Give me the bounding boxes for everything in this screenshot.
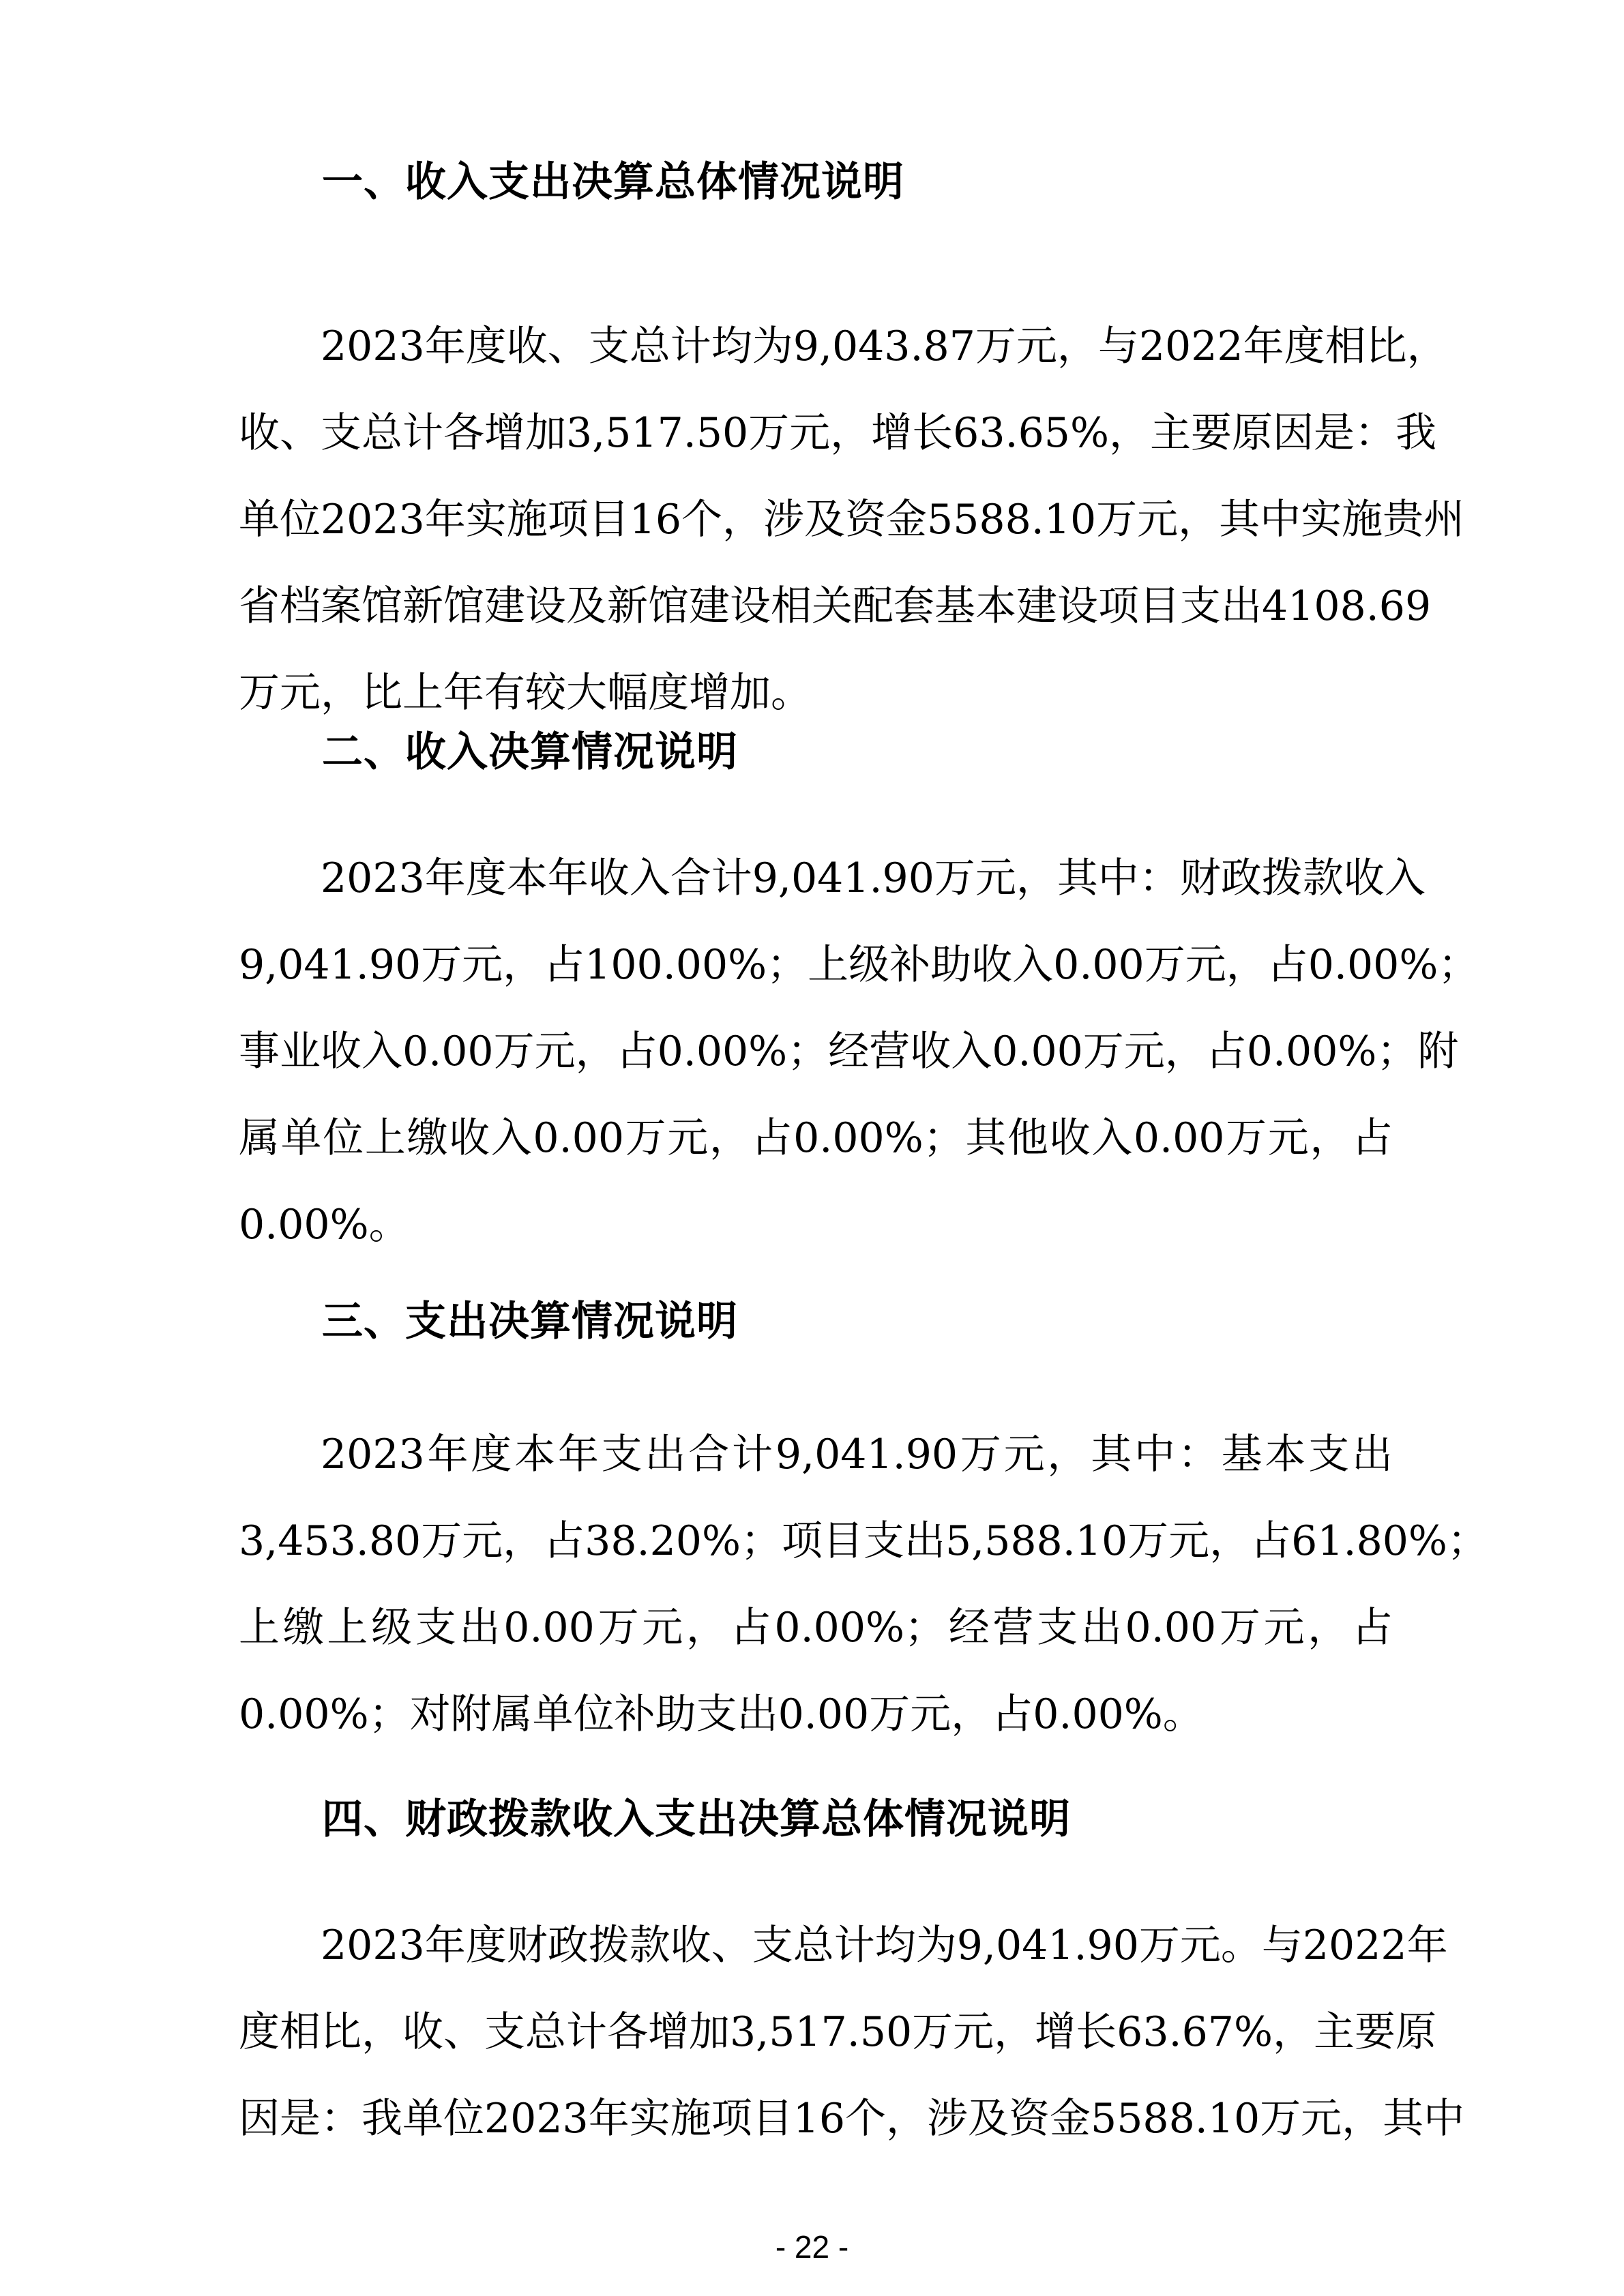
paragraph-line: 收、支总计各增加3,517.50万元，增长63.65%，主要原因是：我	[239, 390, 1393, 477]
section-paragraph-expenditure: 2023年度本年支出合计9,041.90万元，其中：基本支出 3,453.80万…	[239, 1412, 1393, 1758]
paragraph-line: 万元，比上年有较大幅度增加。	[239, 650, 1393, 736]
section-heading-fiscal-appropriation: 四、财政拨款收入支出决算总体情况说明	[322, 1792, 1071, 1847]
paragraph-line: 2023年度本年收入合计9,041.90万元，其中：财政拨款收入	[239, 835, 1393, 922]
paragraph-line: 度相比，收、支总计各增加3,517.50万元，增长63.67%，主要原	[239, 1989, 1393, 2076]
section-paragraph-overall: 2023年度收、支总计均为9,043.87万元，与2022年度相比， 收、支总计…	[239, 303, 1393, 736]
paragraph-line: 2023年度收、支总计均为9,043.87万元，与2022年度相比，	[239, 303, 1393, 390]
section-heading-expenditure: 三、支出决算情况说明	[322, 1294, 738, 1349]
section-heading-income: 二、收入决算情况说明	[322, 725, 738, 779]
section-paragraph-fiscal-appropriation: 2023年度财政拨款收、支总计均为9,041.90万元。与2022年 度相比，收…	[239, 1903, 1393, 2162]
paragraph-line: 因是：我单位2023年实施项目16个，涉及资金5588.10万元，其中	[239, 2076, 1393, 2162]
paragraph-line: 2023年度财政拨款收、支总计均为9,041.90万元。与2022年	[239, 1903, 1393, 1989]
page-number: - 22 -	[0, 2226, 1624, 2267]
paragraph-line: 属单位上缴收入0.00万元，占0.00%；其他收入0.00万元，占	[239, 1095, 1393, 1182]
paragraph-line: 0.00%；对附属单位补助支出0.00万元，占0.00%。	[239, 1671, 1393, 1758]
paragraph-line: 3,453.80万元，占38.20%；项目支出5,588.10万元，占61.80…	[239, 1498, 1393, 1585]
section-heading-overall: 一、收入支出决算总体情况说明	[322, 155, 904, 209]
section-paragraph-income: 2023年度本年收入合计9,041.90万元，其中：财政拨款收入 9,041.9…	[239, 835, 1393, 1268]
paragraph-line: 9,041.90万元，占100.00%；上级补助收入0.00万元，占0.00%；	[239, 922, 1393, 1009]
paragraph-line: 单位2023年实施项目16个，涉及资金5588.10万元，其中实施贵州	[239, 477, 1393, 563]
paragraph-line: 2023年度本年支出合计9,041.90万元，其中：基本支出	[239, 1412, 1393, 1498]
paragraph-line: 0.00%。	[239, 1182, 1393, 1268]
document-page: 一、收入支出决算总体情况说明 2023年度收、支总计均为9,043.87万元，与…	[0, 0, 1624, 2296]
paragraph-line: 省档案馆新馆建设及新馆建设相关配套基本建设项目支出4108.69	[239, 563, 1393, 650]
paragraph-line: 事业收入0.00万元，占0.00%；经营收入0.00万元，占0.00%；附	[239, 1009, 1393, 1095]
paragraph-line: 上缴上级支出0.00万元，占0.00%；经营支出0.00万元，占	[239, 1585, 1393, 1671]
